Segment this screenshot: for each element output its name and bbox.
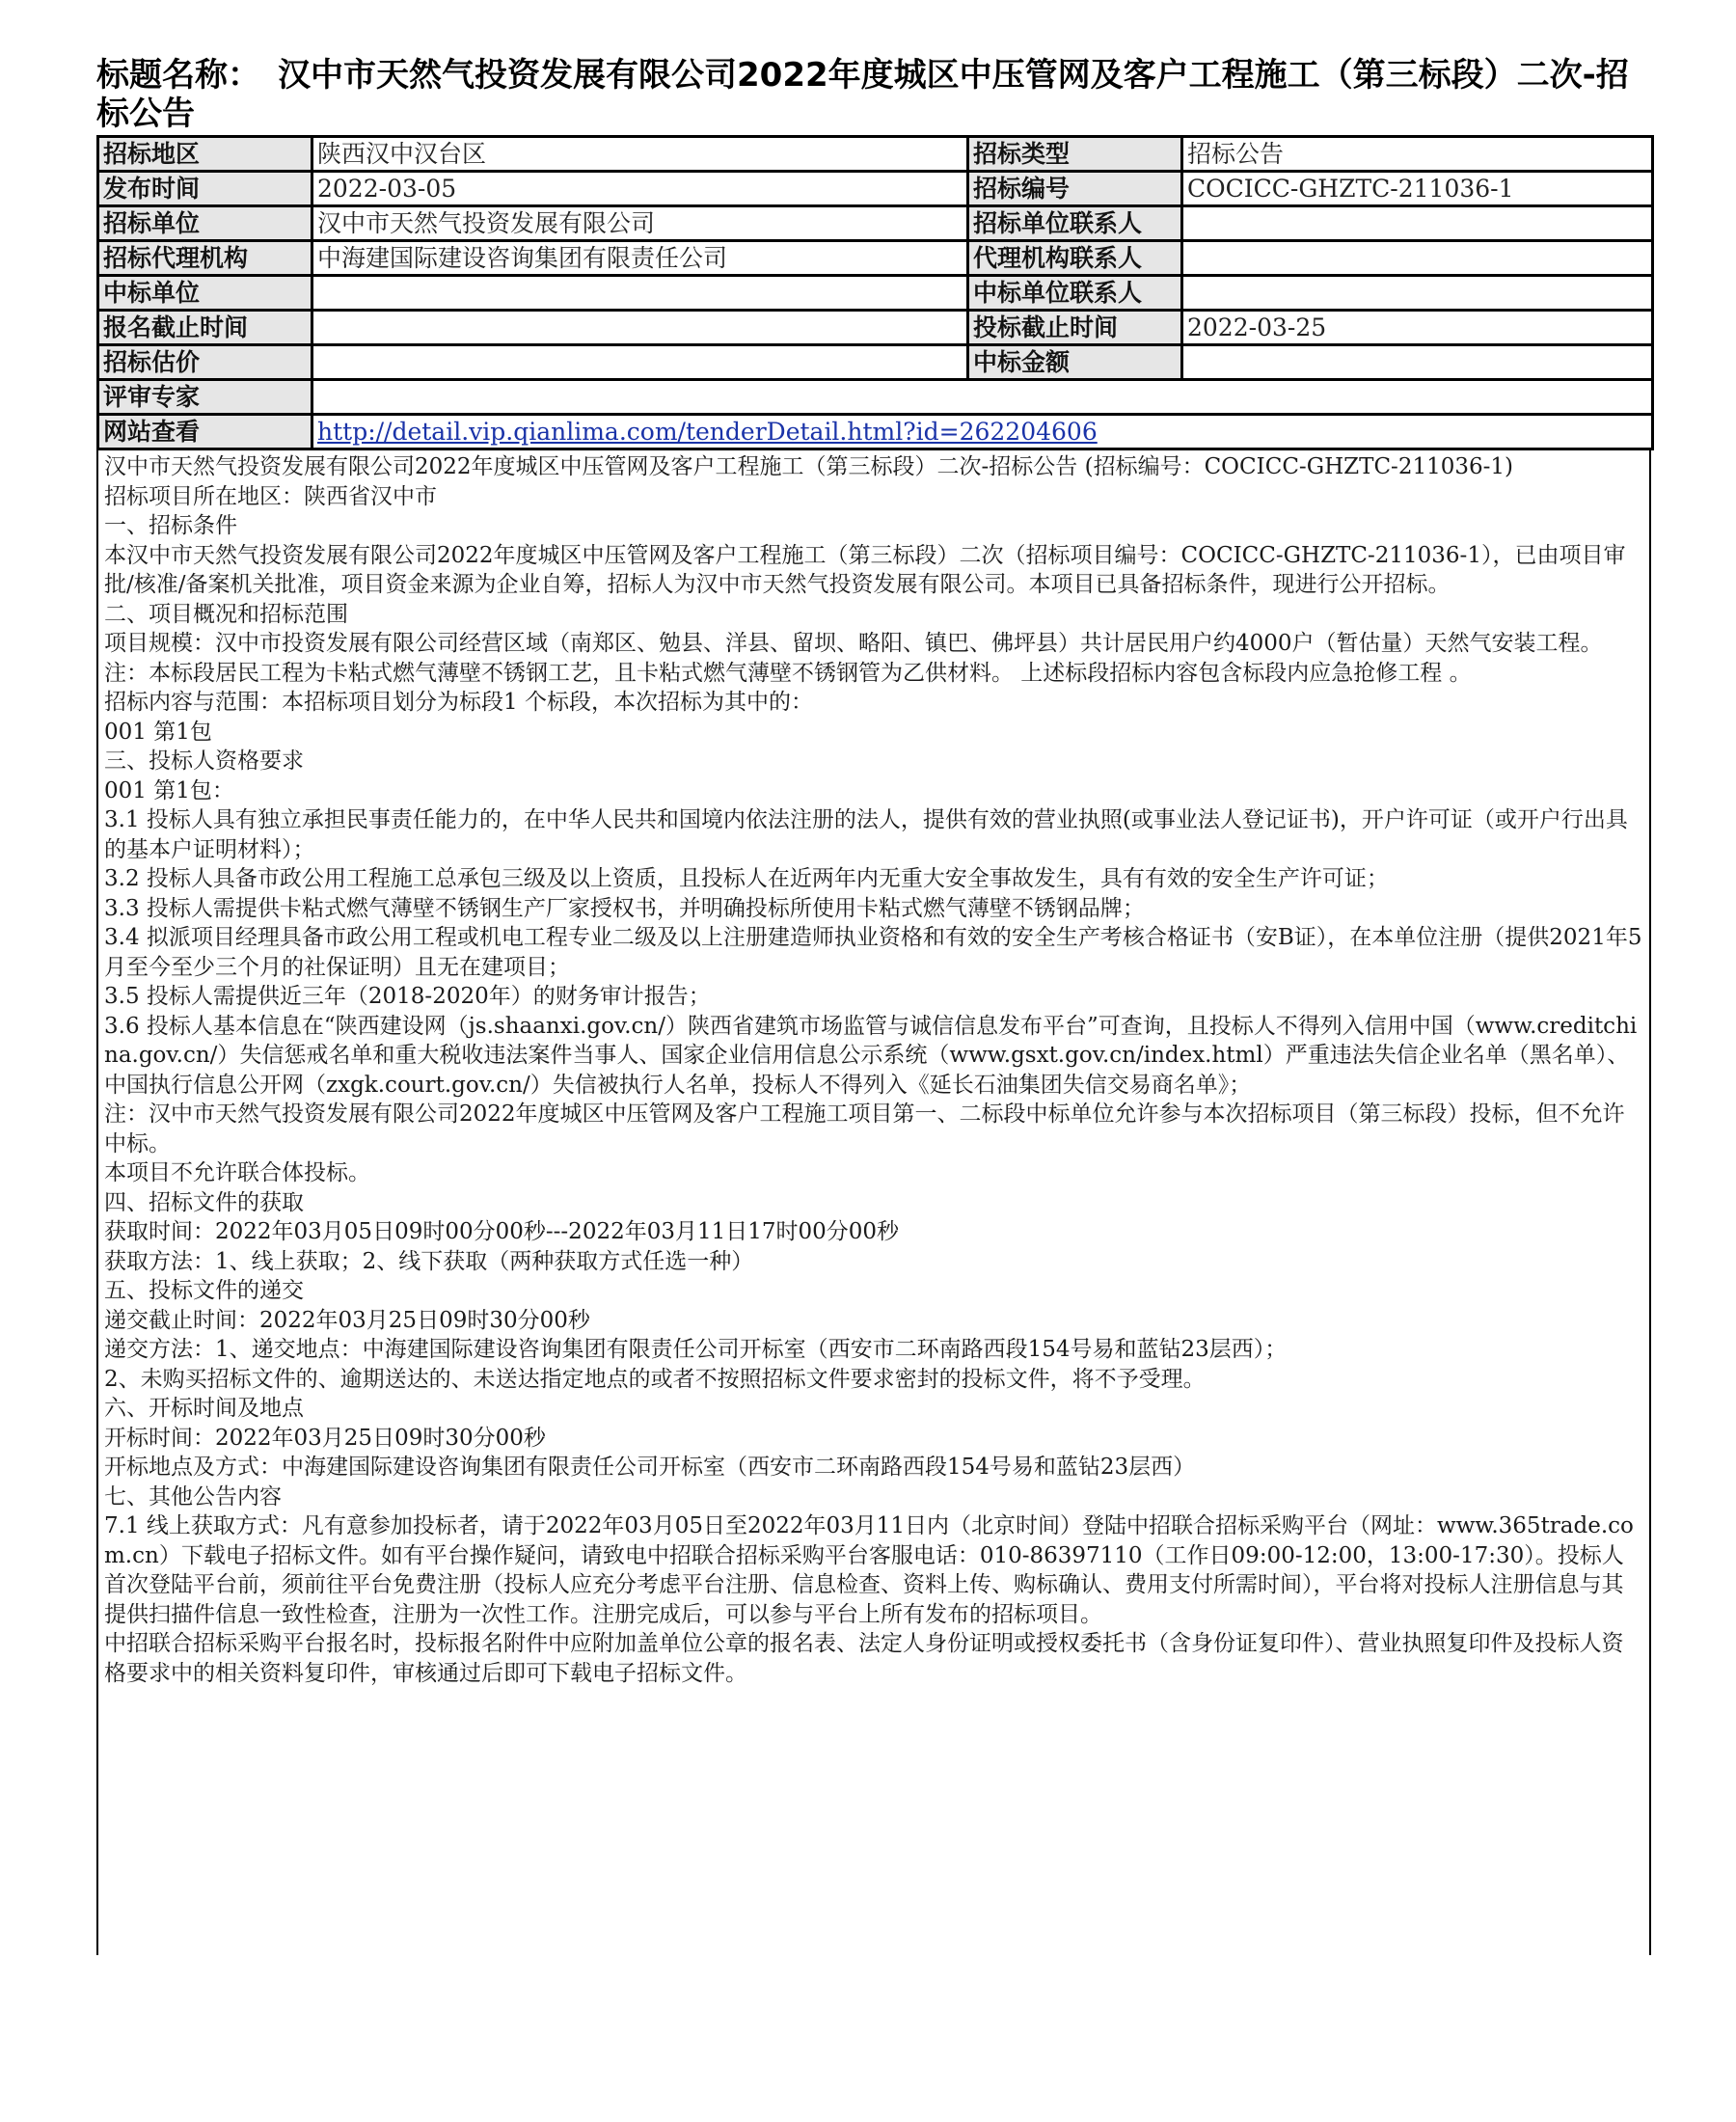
requirement-3-4: 3.4 拟派项目经理具备市政公用工程或机电工程专业二级及以上注册建造师执业资格和… <box>104 923 1643 982</box>
label-winner: 中标单位 <box>98 276 312 311</box>
document-acquire-time: 获取时间：2022年03月05日09时00分00秒---2022年03月11日1… <box>104 1217 1643 1247</box>
value-agency: 中海建国际建设咨询集团有限责任公司 <box>312 241 968 276</box>
section-heading-5: 五、投标文件的递交 <box>104 1276 1643 1306</box>
requirement-3-3: 3.3 投标人需提供卡粘式燃气薄壁不锈钢生产厂家授权书，并明确投标所使用卡粘式燃… <box>104 894 1643 924</box>
submission-deadline: 递交截止时间：2022年03月25日09时30分00秒 <box>104 1306 1643 1336</box>
requirement-3-6: 3.6 投标人基本信息在“陕西建设网（js.shaanxi.gov.cn/）陕西… <box>104 1012 1643 1101</box>
label-publish-time: 发布时间 <box>98 172 312 206</box>
title-text: 汉中市天然气投资发展有限公司2022年度城区中压管网及客户工程施工（第三标段）二… <box>96 56 1629 133</box>
label-experts: 评审专家 <box>98 380 312 415</box>
value-tenderer: 汉中市天然气投资发展有限公司 <box>312 206 968 241</box>
label-tenderer-contact: 招标单位联系人 <box>968 206 1182 241</box>
section-heading-6: 六、开标时间及地点 <box>104 1394 1643 1424</box>
value-region: 陕西汉中汉台区 <box>312 137 968 172</box>
value-agency-contact <box>1182 241 1653 276</box>
section-heading-2: 二、项目概况和招标范围 <box>104 600 1643 630</box>
label-estimate: 招标估价 <box>98 345 312 380</box>
info-row-tenderer: 招标单位 汉中市天然气投资发展有限公司 招标单位联系人 <box>98 206 1653 241</box>
value-experts <box>312 380 1653 415</box>
section-heading-3: 三、投标人资格要求 <box>104 747 1643 776</box>
requirement-3-5: 3.5 投标人需提供近三年（2018-2020年）的财务审计报告； <box>104 982 1643 1012</box>
tender-notice-page: 标题名称：汉中市天然气投资发展有限公司2022年度城区中压管网及客户工程施工（第… <box>96 56 1651 1955</box>
project-location: 招标项目所在地区：陕西省汉中市 <box>104 482 1643 512</box>
requirement-3-2: 3.2 投标人具备市政公用工程施工总承包三级及以上资质，且投标人在近两年内无重大… <box>104 864 1643 894</box>
lot-item: 001 第1包 <box>104 718 1643 748</box>
value-website: http://detail.vip.qianlima.com/tenderDet… <box>312 415 1653 449</box>
value-award-amount <box>1182 345 1653 380</box>
tender-conditions: 本汉中市天然气投资发展有限公司2022年度城区中压管网及客户工程施工（第三标段）… <box>104 541 1643 600</box>
value-winner-contact <box>1182 276 1653 311</box>
document-acquire-method: 获取方法：1、线上获取；2、线下获取（两种获取方式任选一种） <box>104 1247 1643 1277</box>
notice-title: 标题名称：汉中市天然气投资发展有限公司2022年度城区中压管网及客户工程施工（第… <box>96 56 1651 133</box>
label-award-amount: 中标金额 <box>968 345 1182 380</box>
section-heading-4: 四、招标文件的获取 <box>104 1188 1643 1218</box>
info-row-website: 网站查看 http://detail.vip.qianlima.com/tend… <box>98 415 1653 449</box>
label-website: 网站查看 <box>98 415 312 449</box>
label-agency-contact: 代理机构联系人 <box>968 241 1182 276</box>
tender-scope: 招标内容与范围：本招标项目划分为标段1 个标段，本次招标为其中的： <box>104 688 1643 718</box>
label-winner-contact: 中标单位联系人 <box>968 276 1182 311</box>
label-tender-number: 招标编号 <box>968 172 1182 206</box>
requirement-note: 注：汉中市天然气投资发展有限公司2022年度城区中压管网及客户工程施工项目第一、… <box>104 1100 1643 1158</box>
label-region: 招标地区 <box>98 137 312 172</box>
info-row-deadlines: 报名截止时间 投标截止时间 2022-03-25 <box>98 311 1653 345</box>
section-heading-1: 一、招标条件 <box>104 511 1643 541</box>
label-signup-deadline: 报名截止时间 <box>98 311 312 345</box>
label-tender-type: 招标类型 <box>968 137 1182 172</box>
requirement-3-1: 3.1 投标人具有独立承担民事责任能力的，在中华人民共和国境内依法注册的法人，提… <box>104 805 1643 864</box>
info-row-winner: 中标单位 中标单位联系人 <box>98 276 1653 311</box>
value-tender-number: COCICC-GHZTC-211036-1 <box>1182 172 1653 206</box>
body-heading: 汉中市天然气投资发展有限公司2022年度城区中压管网及客户工程施工（第三标段）二… <box>104 452 1643 482</box>
title-label: 标题名称： <box>96 56 260 95</box>
info-row-agency: 招标代理机构 中海建国际建设咨询集团有限责任公司 代理机构联系人 <box>98 241 1653 276</box>
info-row-amounts: 招标估价 中标金额 <box>98 345 1653 380</box>
value-winner <box>312 276 968 311</box>
consortium-note: 本项目不允许联合体投标。 <box>104 1158 1643 1188</box>
value-signup-deadline <box>312 311 968 345</box>
label-agency: 招标代理机构 <box>98 241 312 276</box>
label-bid-deadline: 投标截止时间 <box>968 311 1182 345</box>
submission-method: 递交方法：1、递交地点：中海建国际建设咨询集团有限责任公司开标室（西安市二环南路… <box>104 1335 1643 1365</box>
info-row-region: 招标地区 陕西汉中汉台区 招标类型 招标公告 <box>98 137 1653 172</box>
project-scale: 项目规模：汉中市投资发展有限公司经营区域（南郑区、勉县、洋县、留坝、略阳、镇巴、… <box>104 629 1643 688</box>
online-acquisition: 7.1 线上获取方式：凡有意参加投标者，请于2022年03月05日至2022年0… <box>104 1511 1643 1629</box>
value-tender-type: 招标公告 <box>1182 137 1653 172</box>
notice-body: 汉中市天然气投资发展有限公司2022年度城区中压管网及客户工程施工（第三标段）二… <box>96 450 1651 1955</box>
value-publish-time: 2022-03-05 <box>312 172 968 206</box>
website-link[interactable]: http://detail.vip.qianlima.com/tenderDet… <box>317 418 1098 446</box>
submission-rejection: 2、未购买招标文件的、逾期送达的、未送达指定地点的或者不按照招标文件要求密封的投… <box>104 1365 1643 1395</box>
value-bid-deadline: 2022-03-25 <box>1182 311 1653 345</box>
opening-time: 开标时间：2022年03月25日09时30分00秒 <box>104 1424 1643 1454</box>
value-estimate <box>312 345 968 380</box>
label-tenderer: 招标单位 <box>98 206 312 241</box>
opening-location: 开标地点及方式：中海建国际建设咨询集团有限责任公司开标室（西安市二环南路西段15… <box>104 1453 1643 1483</box>
tender-info-table: 招标地区 陕西汉中汉台区 招标类型 招标公告 发布时间 2022-03-05 招… <box>96 135 1654 450</box>
lot-requirements-heading: 001 第1包： <box>104 776 1643 806</box>
registration-attachments: 中招联合招标采购平台报名时，投标报名附件中应附加盖单位公章的报名表、法定人身份证… <box>104 1629 1643 1688</box>
info-row-publish: 发布时间 2022-03-05 招标编号 COCICC-GHZTC-211036… <box>98 172 1653 206</box>
info-row-experts: 评审专家 <box>98 380 1653 415</box>
section-heading-7: 七、其他公告内容 <box>104 1483 1643 1512</box>
value-tenderer-contact <box>1182 206 1653 241</box>
